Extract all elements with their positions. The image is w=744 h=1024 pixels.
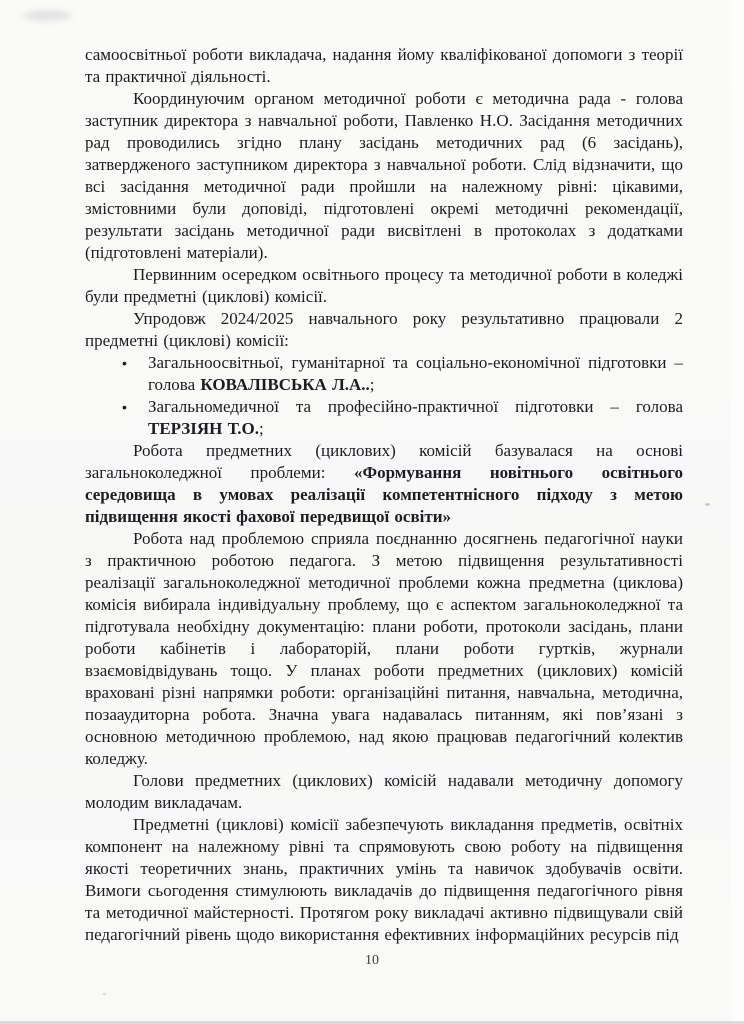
paragraph: Робота над проблемою сприяла поєднанню д… [85, 528, 683, 770]
text-run: Загальномедичної та професійно-практично… [148, 397, 683, 416]
scan-edge-right [731, 0, 744, 1024]
paragraph: Голови предметних (циклових) комісій над… [85, 770, 683, 814]
text-run: Первинним осередком освітнього процесу т… [85, 265, 683, 306]
list-item-text: Загальноосвітньої, гуманітарної та соціа… [148, 353, 683, 394]
paragraph: Предметні (циклові) комісії забезпечують… [85, 814, 683, 946]
list-item-text: Загальномедичної та професійно-практично… [148, 397, 683, 438]
text-run: Координуючим органом методичної роботи є… [85, 89, 683, 262]
paragraph: Первинним осередком освітнього процесу т… [85, 264, 683, 308]
bullet-icon: • [122, 396, 127, 418]
paragraph: Робота предметних (циклових) комісій баз… [85, 440, 683, 528]
bold-text-run: ТЕРЗІЯН Т.О. [148, 419, 259, 438]
page-number: 10 [0, 953, 744, 969]
scanned-page: самоосвітньої роботи викладача, надання … [0, 0, 744, 1024]
paragraph: Координуючим органом методичної роботи є… [85, 88, 683, 264]
bold-text-run: КОВАЛІВСЬКА Л.А.. [200, 375, 369, 394]
bullet-icon: • [122, 352, 127, 374]
scan-smudge-artifact [22, 10, 72, 21]
scan-speck [103, 993, 106, 995]
text-run: Робота над проблемою сприяла поєднанню д… [85, 529, 683, 768]
list-item: •Загальноосвітньої, гуманітарної та соці… [85, 352, 683, 396]
scan-speck [705, 503, 710, 506]
text-run: ; [370, 375, 375, 394]
text-run: Упродовж 2024/2025 навчального року резу… [85, 309, 683, 350]
paragraph: самоосвітньої роботи викладача, надання … [85, 44, 683, 88]
text-run: Предметні (циклові) комісії забезпечують… [85, 815, 683, 944]
document-text: самоосвітньої роботи викладача, надання … [85, 44, 683, 946]
text-run: Голови предметних (циклових) комісій над… [85, 771, 683, 812]
text-run: ; [259, 419, 264, 438]
list-item: •Загальномедичної та професійно-практичн… [85, 396, 683, 440]
paragraph: Упродовж 2024/2025 навчального року резу… [85, 308, 683, 352]
text-run: самоосвітньої роботи викладача, надання … [85, 45, 683, 86]
